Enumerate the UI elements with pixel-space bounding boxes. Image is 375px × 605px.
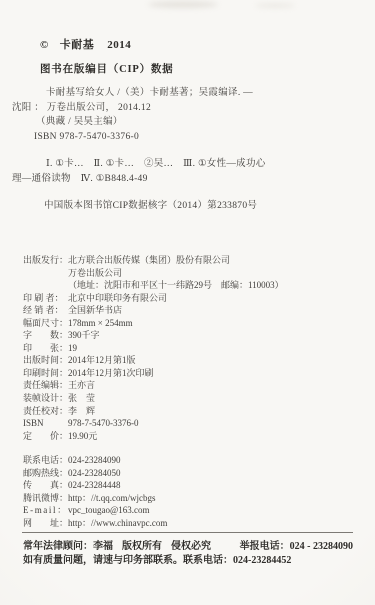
info-value: 万卷出版公司 [68,268,122,278]
contact-info-row: E-mail：vpc_tougao@163.com [23,504,167,517]
info-label: 传 真： [23,479,68,492]
copyright-line: ©卡耐基2014 [40,36,131,52]
publication-info-row: （地址：沈阳市和平区十一纬路29号 邮编：110003） [23,279,284,292]
info-value: 978-7-5470-3376-0 [68,418,139,428]
contact-info-row: 传 真：024-23284448 [23,479,167,492]
info-label: 幅面尺寸： [23,317,68,330]
publication-info-row: 责任校对：李 辉 [23,405,284,418]
copyright-year: 2014 [107,39,131,51]
info-label: 印 刷 者： [23,292,68,305]
publication-info-row: 字 数：390千字 [23,329,284,342]
info-value: 19.90元 [68,431,97,441]
info-value: 王亦言 [68,380,95,390]
info-value: 2014年12月第1次印刷 [68,368,154,378]
info-value: 北方联合出版传媒（集团）股份有限公司 [68,255,230,265]
info-label: 责任编辑： [23,379,68,392]
info-label: 责任校对： [23,405,68,418]
cip-description: 卡耐基写给女人 /（美）卡耐基著；吴霞编译. — 沈阳 ： 万卷出版公司， 20… [0,86,375,187]
info-value: 178mm × 254mm [68,318,133,328]
info-label: 定 价： [23,430,68,443]
info-value: vpc_tougao@163.com [68,505,150,515]
info-value: 全国新华书店 [68,305,122,315]
book-colophon-page: ©卡耐基2014 图书在版编目（CIP）数据 卡耐基写给女人 /（美）卡耐基著；… [0,0,375,605]
copyright-holder: 卡耐基 [60,39,95,51]
info-label: 经 销 者： [23,304,68,317]
publication-info-row: 经 销 者：全国新华书店 [23,304,284,317]
publication-info-row: 出版发行：北方联合出版传媒（集团）股份有限公司 [23,254,284,267]
publication-info-list: 出版发行：北方联合出版传媒（集团）股份有限公司 万卷出版公司 （地址：沈阳市和平… [23,254,284,442]
publication-info-row: 出版时间：2014年12月第1版 [23,354,284,367]
info-value: 024-23284090 [68,455,121,465]
scan-bleed-artifact [255,3,295,8]
publication-info-row: 装帧设计：张 莹 [23,392,284,405]
contact-info-row: 联系电话：024-23284090 [23,454,167,467]
info-value: 张 莹 [68,393,95,403]
info-label: 印刷时间： [23,367,68,380]
info-label: 网 址： [23,517,68,530]
info-label: 邮购热线： [23,467,68,480]
info-label: 出版时间： [23,354,68,367]
info-label: 字 数： [23,329,68,342]
publication-info-row: ISBN978-7-5470-3376-0 [23,417,284,430]
cip-line: 理—通俗读物 Ⅳ. ①B848.4-49 [12,172,375,187]
contact-info-row: 网 址：http：//www.chinavpc.com [23,517,167,530]
contact-info-row: 腾讯微博：http：//t.qq.com/wjcbgs [23,492,167,505]
copyright-symbol: © [40,39,49,51]
cip-line: （典藏 / 吴昊主编） [36,115,375,130]
info-value: 李 辉 [68,406,95,416]
info-label: 联系电话： [23,454,68,467]
info-label: 出版发行： [23,254,68,267]
info-value: （地址：沈阳市和平区十一纬路29号 邮编：110003） [68,280,284,290]
legal-notice-line: 常年法律顾问：李福版权所有侵权必究 举报电话：024 - 23284090 [23,537,353,552]
scan-bleed-artifact [148,1,218,8]
info-value: 390千字 [68,330,100,340]
info-value: 2014年12月第1版 [68,355,136,365]
info-value: 024-23284050 [68,468,121,478]
quality-notice-line: 如有质量问题，请速与印务部联系。联系电话：024-23284452 [23,551,291,566]
info-label: 腾讯微博： [23,492,68,505]
publication-info-row: 万卷出版公司 [23,267,284,280]
cip-line: ISBN 978-7-5470-3376-0 [34,130,375,145]
report-phone: 举报电话：024 - 23284090 [240,537,353,552]
info-label: ISBN [23,417,68,430]
info-label: 印 张： [23,342,68,355]
publication-info-row: 印 刷 者：北京中印联印务有限公司 [23,292,284,305]
info-label: E-mail： [23,504,68,517]
contact-info-row: 邮购热线：024-23284050 [23,467,167,480]
publication-info-row: 责任编辑：王亦言 [23,379,284,392]
publication-info-row: 幅面尺寸：178mm × 254mm [23,317,284,330]
legal-notice-left: 常年法律顾问：李福版权所有侵权必究 [23,537,211,552]
info-value: http：//www.chinavpc.com [68,518,167,528]
info-value: 19 [68,343,77,353]
info-value: 024-23284448 [68,480,121,490]
info-label: 装帧设计： [23,392,68,405]
contact-info-list: 联系电话：024-23284090 邮购热线：024-23284050 传 真：… [23,454,167,529]
publication-info-row: 印 张：19 [23,342,284,355]
cip-line: 沈阳 ： 万卷出版公司， 2014.12 [12,101,375,116]
publication-info-row: 印刷时间：2014年12月第1次印刷 [23,367,284,380]
cip-heading: 图书在版编目（CIP）数据 [40,61,173,76]
cip-line: 卡耐基写给女人 /（美）卡耐基著；吴霞编译. — [46,86,375,101]
cip-line: Ⅰ. ①卡… Ⅱ. ①卡… ②吴… Ⅲ. ①女性—成功心 [46,157,375,172]
info-value: 北京中印联印务有限公司 [68,293,167,303]
footer-divider [22,532,353,533]
info-value: http：//t.qq.com/wjcbgs [68,493,156,503]
publication-info-row: 定 价：19.90元 [23,430,284,443]
cip-registry-number: 中国版本图书馆CIP数据核字（2014）第233870号 [44,197,257,211]
